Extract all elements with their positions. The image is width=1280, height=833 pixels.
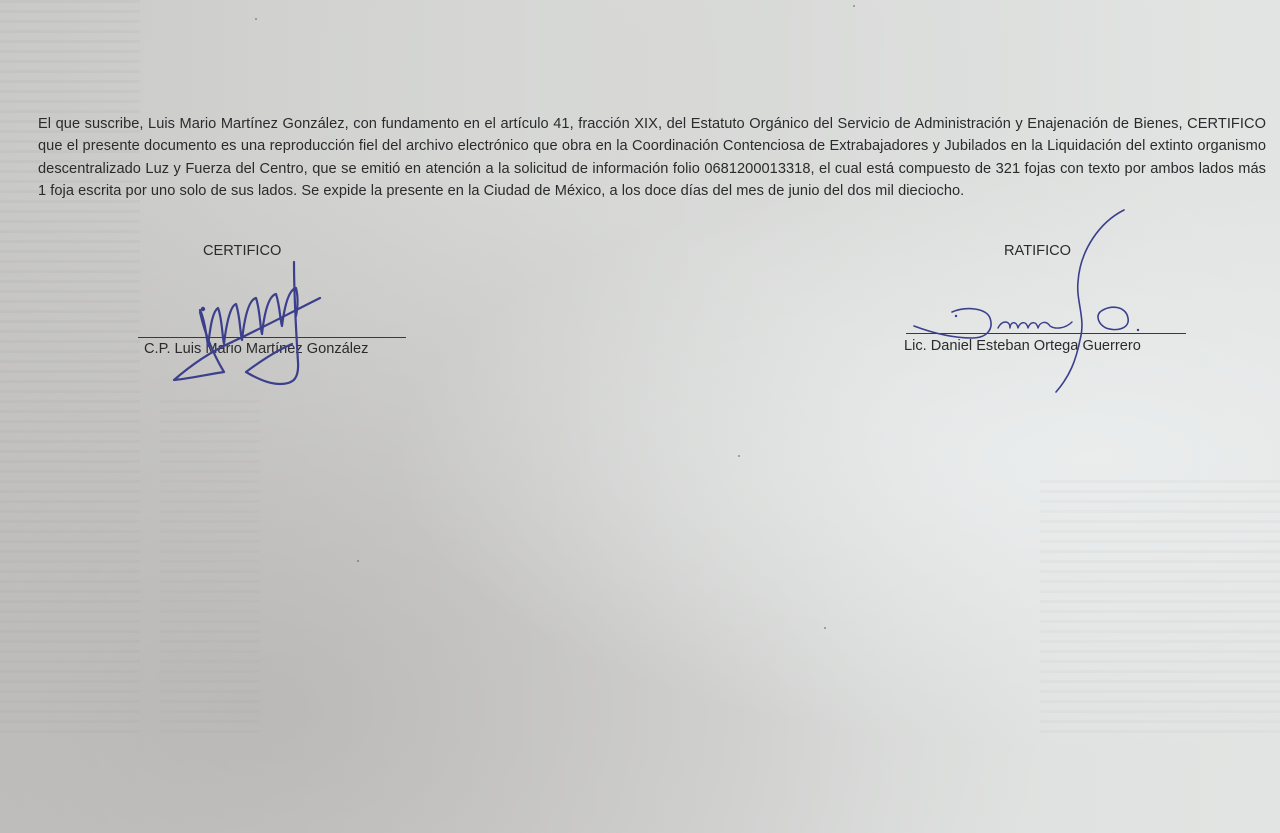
paper-bleed-through — [0, 0, 140, 740]
paper-speck — [824, 627, 826, 629]
paper-speck — [255, 18, 257, 20]
signature-heading: CERTIFICO — [203, 243, 281, 259]
signature-line — [138, 337, 406, 338]
signatory-name: C.P. Luis Mario Martínez González — [144, 341, 368, 357]
paper-bleed-through — [1040, 480, 1280, 740]
paper-speck — [357, 560, 359, 562]
signature-heading: RATIFICO — [1004, 243, 1071, 259]
certification-paragraph: El que suscribe, Luis Mario Martínez Gon… — [38, 113, 1266, 203]
signatory-name: Lic. Daniel Esteban Ortega Guerrero — [904, 338, 1141, 354]
paper-speck — [853, 5, 855, 7]
signature-line — [906, 333, 1186, 334]
paper-bleed-through — [160, 400, 260, 740]
paper-speck — [738, 455, 740, 457]
